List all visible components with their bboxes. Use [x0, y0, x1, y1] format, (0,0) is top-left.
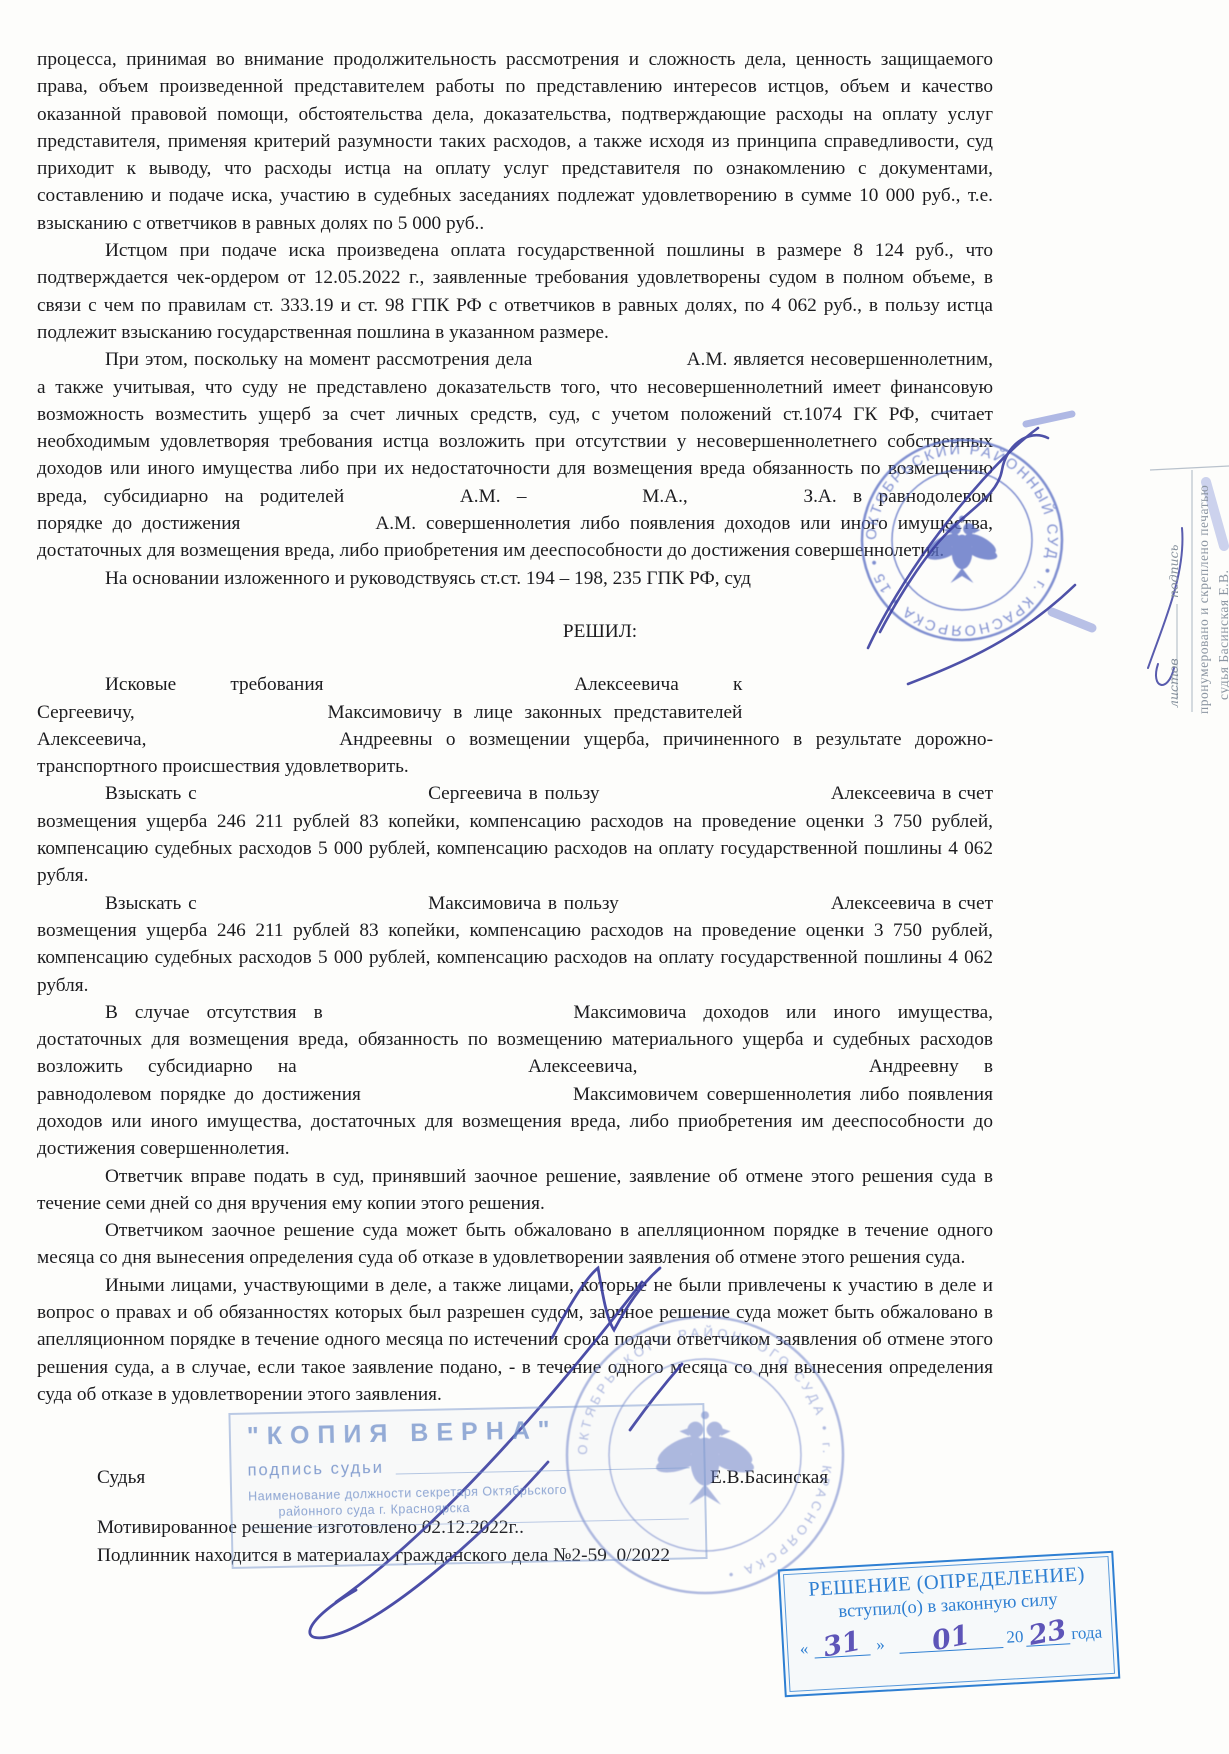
paragraph: На основании изложенного и руководствуяс…	[37, 565, 993, 592]
binding-note-numbering-line: пронумеровано и скреплено печатью	[1196, 485, 1212, 714]
day-blank: 31	[815, 1654, 871, 1658]
paragraph: процесса, принимая во внимание продолжит…	[37, 46, 993, 237]
copy-certified-stamp: "КОПИЯ ВЕРНА" подпись судьи Наименование…	[228, 1403, 707, 1569]
resolution-heading: РЕШИЛ:	[37, 618, 993, 645]
paragraph: Ответчиком заочное решение суда может бы…	[37, 1217, 993, 1272]
open-quote: «	[799, 1639, 809, 1659]
paragraph: В случае отсутствия в Максимовича доходо…	[37, 999, 993, 1163]
judge-name: Е.В.Басинская	[710, 1464, 828, 1491]
copy-stamp-rule	[249, 1518, 689, 1528]
paragraph: При этом, поскольку на момент рассмотрен…	[37, 346, 993, 564]
paragraph: Ответчик вправе подать в суд, принявший …	[37, 1163, 993, 1218]
legal-force-stamp: РЕШЕНИЕ (ОПРЕДЕЛЕНИЕ) вступил(о) в закон…	[778, 1551, 1121, 1698]
paragraph: Истцом при подаче иска произведена оплат…	[37, 237, 993, 346]
handwritten-year: 23	[1026, 1614, 1069, 1652]
document-page: процесса, принимая во внимание продолжит…	[0, 0, 1229, 1754]
judge-role-label: Судья	[97, 1467, 145, 1488]
century-label: 20	[1006, 1627, 1024, 1648]
year-suffix-label: года	[1071, 1622, 1103, 1644]
handwritten-month: 01	[929, 1620, 972, 1658]
month-blank: 01	[899, 1647, 1003, 1654]
close-quote: »	[876, 1635, 886, 1655]
stamp-fragments	[1026, 414, 1224, 628]
paragraph: Исковые требования Алексеевича к Сергеев…	[37, 671, 993, 780]
paragraph: Взыскать с Максимовича в пользу Алексеев…	[37, 890, 993, 999]
copy-stamp-signature-label: подпись судьи	[247, 1459, 384, 1481]
paragraph: Иными лицами, участвующими в деле, а так…	[37, 1272, 993, 1408]
court-decision-text: процесса, принимая во внимание продолжит…	[37, 46, 993, 1569]
paragraph: Взыскать с Сергеевича в пользу Алексееви…	[37, 780, 993, 889]
year-blank: 23	[1026, 1643, 1070, 1646]
binding-note-signature-label: подпись	[1166, 545, 1181, 598]
handwritten-day: 31	[821, 1626, 864, 1664]
binding-note-sheets-label: листов	[1166, 658, 1181, 708]
binding-note-judge-line: судья Басинская Е.В.	[1216, 570, 1229, 700]
